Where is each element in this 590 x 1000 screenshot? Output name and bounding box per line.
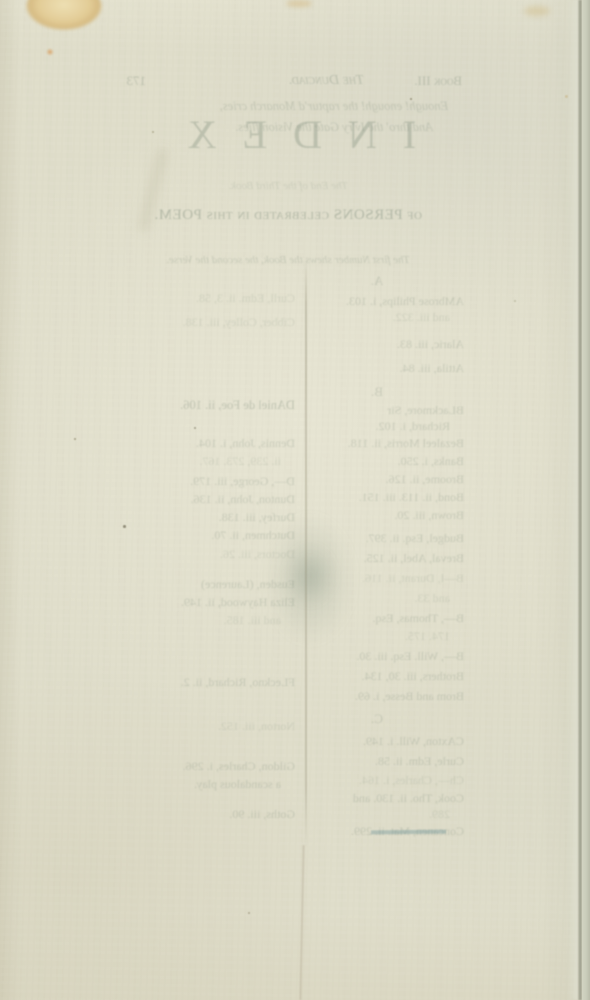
column-divider-line <box>305 256 307 848</box>
ink-speck <box>410 98 412 100</box>
ink-speck <box>514 300 516 302</box>
gray-smudge-core <box>284 544 336 606</box>
ink-speck <box>74 438 76 440</box>
book-page-scan: Book III.The Dunciad.173Enough! enough! … <box>0 0 590 1000</box>
ink-speck <box>248 912 250 914</box>
smear-top-right <box>524 6 550 16</box>
page-edge-highlight <box>566 0 578 1000</box>
underline-mark <box>371 830 446 835</box>
stain-dot <box>46 48 54 56</box>
fore-edge-strip <box>582 0 590 1000</box>
paper-grain-texture <box>0 0 590 1000</box>
ink-speck <box>123 525 126 528</box>
ink-speck <box>152 131 154 133</box>
ink-speck <box>194 427 196 429</box>
smear-top-center <box>286 0 312 7</box>
